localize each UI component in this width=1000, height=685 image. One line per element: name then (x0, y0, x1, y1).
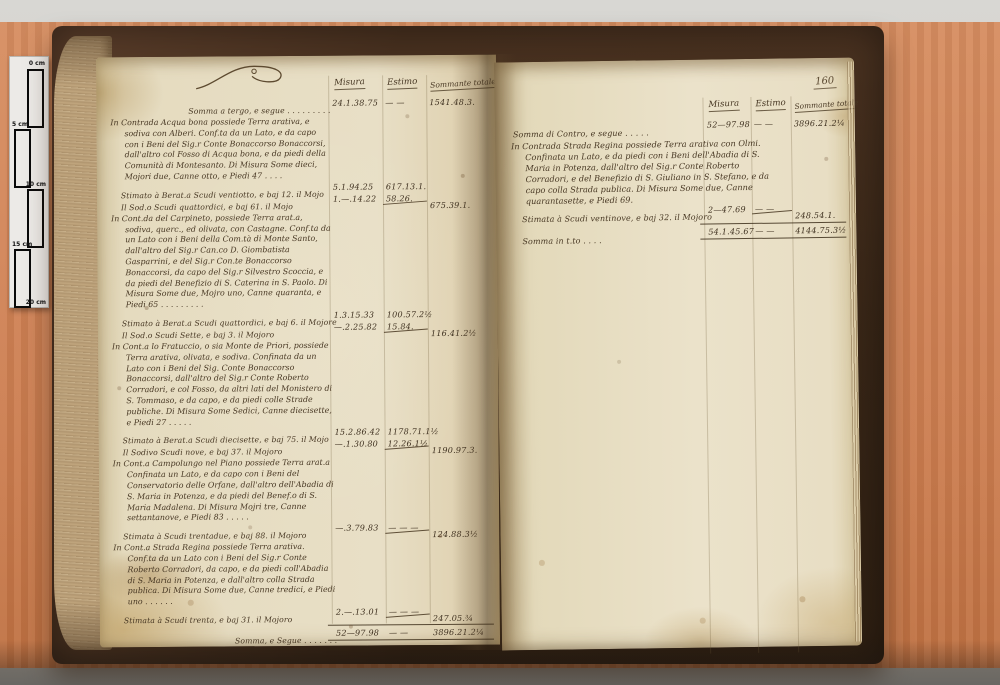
sommante-value: 3896.21.2¼ (794, 118, 845, 129)
estimo-value: — — (389, 627, 408, 637)
sommante-value: 247.05.¾ (433, 613, 473, 623)
total-rule (700, 237, 846, 240)
ruler-segment (27, 189, 44, 248)
sommante-value: 4144.75.3½ (795, 225, 846, 236)
ruler-label: 10 cm (26, 181, 46, 188)
foxing-spots (494, 63, 496, 65)
misura-value: 5.1.94.25 (333, 181, 373, 191)
carry-label: Somma a tergo, e segue . . . . . . . . . (188, 106, 330, 116)
ledger-entry: In Contrada Acqua bona possiede Terra ar… (96, 116, 497, 208)
sommante-value: 675.39.1. (430, 200, 470, 210)
ruler-label: 5 cm (12, 121, 28, 128)
table-edge-shadow (0, 640, 1000, 685)
valuation-line: Il Sod.o Scudi Sette, e baj 3. il Mojoro… (98, 321, 498, 336)
valuation-line: Stimata à Scudi trenta, e baj 31. il Moj… (100, 605, 500, 620)
ruler-segment (14, 129, 31, 188)
valuation-line: Il Sodivo Scudi nove, e baj 37. il Mojor… (99, 438, 499, 453)
misura-value: —.3.79.83 (335, 523, 378, 533)
column-header-estimo: Estimo (755, 98, 786, 111)
valuation-line: Il Sod.o Scudi quattordici, e baj 61. il… (97, 192, 497, 207)
misura-value: 52—97.98 (707, 119, 750, 130)
carry-forward-line: Somma a tergo, e segue . . . . . . . . .… (96, 97, 496, 112)
ledger-entry: In Contrada Strada Regina possiede Terra… (495, 137, 856, 220)
flourish-mark (192, 60, 302, 95)
valuation-line: Stimata à Scudi trentadue, e baj 88. il … (99, 522, 499, 537)
estimo-value: 1178.71.1½ (388, 426, 439, 436)
column-header-estimo: Estimo (387, 77, 418, 90)
total-rule (328, 624, 494, 626)
valuation-label: Stimata à Scudi ventinove, e baj 32. il … (522, 213, 712, 225)
misura-value: 2—47.69 (708, 204, 746, 215)
carry-forward-line: Somma di Contro, e segue . . . . . 52—97… (495, 118, 855, 135)
foxing-spots (96, 57, 98, 59)
misura-value: 52—97.98 (336, 627, 379, 637)
ruler-label: 15 cm (12, 241, 32, 248)
ledger-entry: In Cont.a Strada Regina possiede Terra a… (99, 541, 500, 621)
ledger-entry: In Cont.a Campolungo nel Piano possiede … (99, 457, 500, 537)
valuation-label: Il Sod.o Scudi Sette, e baj 3. il Mojoro (122, 330, 274, 340)
valuation-label: Il Sod.o Scudi quattordici, e baj 61. il… (121, 202, 293, 212)
left-page: Misura Estimo Sommante totale Somma a te… (96, 55, 500, 648)
column-header-misura: Misura (334, 77, 365, 90)
valuation-label: Il Sodivo Scudi nove, e baj 37. il Mojor… (123, 447, 283, 457)
entry-text: In Cont.a lo Fratuccio, o sia Monte de P… (126, 341, 335, 429)
total-label: Somma in t.to . . . . (522, 236, 601, 246)
misura-value: 54.1.45.67 (708, 226, 754, 237)
estimo-value: 100.57.2½ (387, 309, 433, 319)
page-total-line: Somma in t.to . . . . 54.1.45.67 — — 414… (496, 224, 856, 241)
sommante-value: 116.41.2½ (431, 328, 477, 338)
estimo-value: — — (385, 97, 404, 107)
sommante-value: 124.88.3½ (432, 529, 478, 539)
sommante-value: 3896.21.2¼ (433, 627, 484, 637)
misura-value: —.2.25.82 (334, 321, 377, 331)
ledger-entry: In Cont.da del Carpineto, possiede Terra… (97, 211, 498, 335)
entry-text: In Contrada Strada Regina possiede Terra… (525, 138, 776, 207)
column-header-sommante: Sommante totale (430, 77, 496, 92)
valuation-label: Stimata à Scudi trenta, e baj 31. il Moj… (124, 615, 293, 625)
sommante-value: 248.54.1. (795, 210, 836, 221)
ruler-segment (27, 69, 44, 128)
carry-label: Somma di Contro, e segue . . . . . (513, 128, 649, 139)
misura-value: 15.2.86.42 (335, 427, 381, 437)
column-header-sommante: Sommante totale (794, 98, 859, 113)
ledger-entry: In Cont.a lo Fratuccio, o sia Monte de P… (98, 340, 499, 453)
photo-scene: 0 cm 5 cm 10 cm 15 cm 20 cm Misura Estim… (0, 0, 1000, 685)
misura-value: 1.3.15.33 (334, 309, 374, 319)
misura-value: 2.—.13.01 (336, 606, 379, 616)
estimo-value: 617.13.1. (386, 181, 426, 191)
valuation-label: Stimata à Scudi trentadue, e baj 88. il … (123, 531, 306, 541)
entry-text: In Contrada Acqua bona possiede Terra ar… (124, 117, 332, 183)
misura-value: 1.—.14.22 (333, 193, 376, 203)
misura-value: 24.1.38.75 (332, 97, 378, 107)
entry-text: In Cont.a Campolungo nel Piano possiede … (127, 458, 335, 524)
ruler-label: 20 cm (26, 299, 46, 306)
folio-number: 160 (813, 75, 837, 90)
estimo-value: — — (754, 119, 774, 129)
sommante-value: 1190.97.3. (432, 445, 478, 455)
misura-value: —.1.30.80 (335, 439, 378, 449)
measurement-ruler: 0 cm 5 cm 10 cm 15 cm 20 cm (9, 56, 49, 308)
estimo-value: — — (755, 226, 775, 236)
ruler-label: 0 cm (29, 60, 45, 67)
right-page: 160 Misura Estimo Sommante totale Somma … (494, 58, 862, 651)
entry-text: In Cont.a Strada Regina possiede Terra a… (127, 542, 335, 608)
sommante-value: 1541.48.3. (429, 97, 475, 107)
column-header-misura: Misura (708, 99, 739, 112)
entry-text: In Cont.da del Carpineto, possiede Terra… (125, 213, 334, 312)
